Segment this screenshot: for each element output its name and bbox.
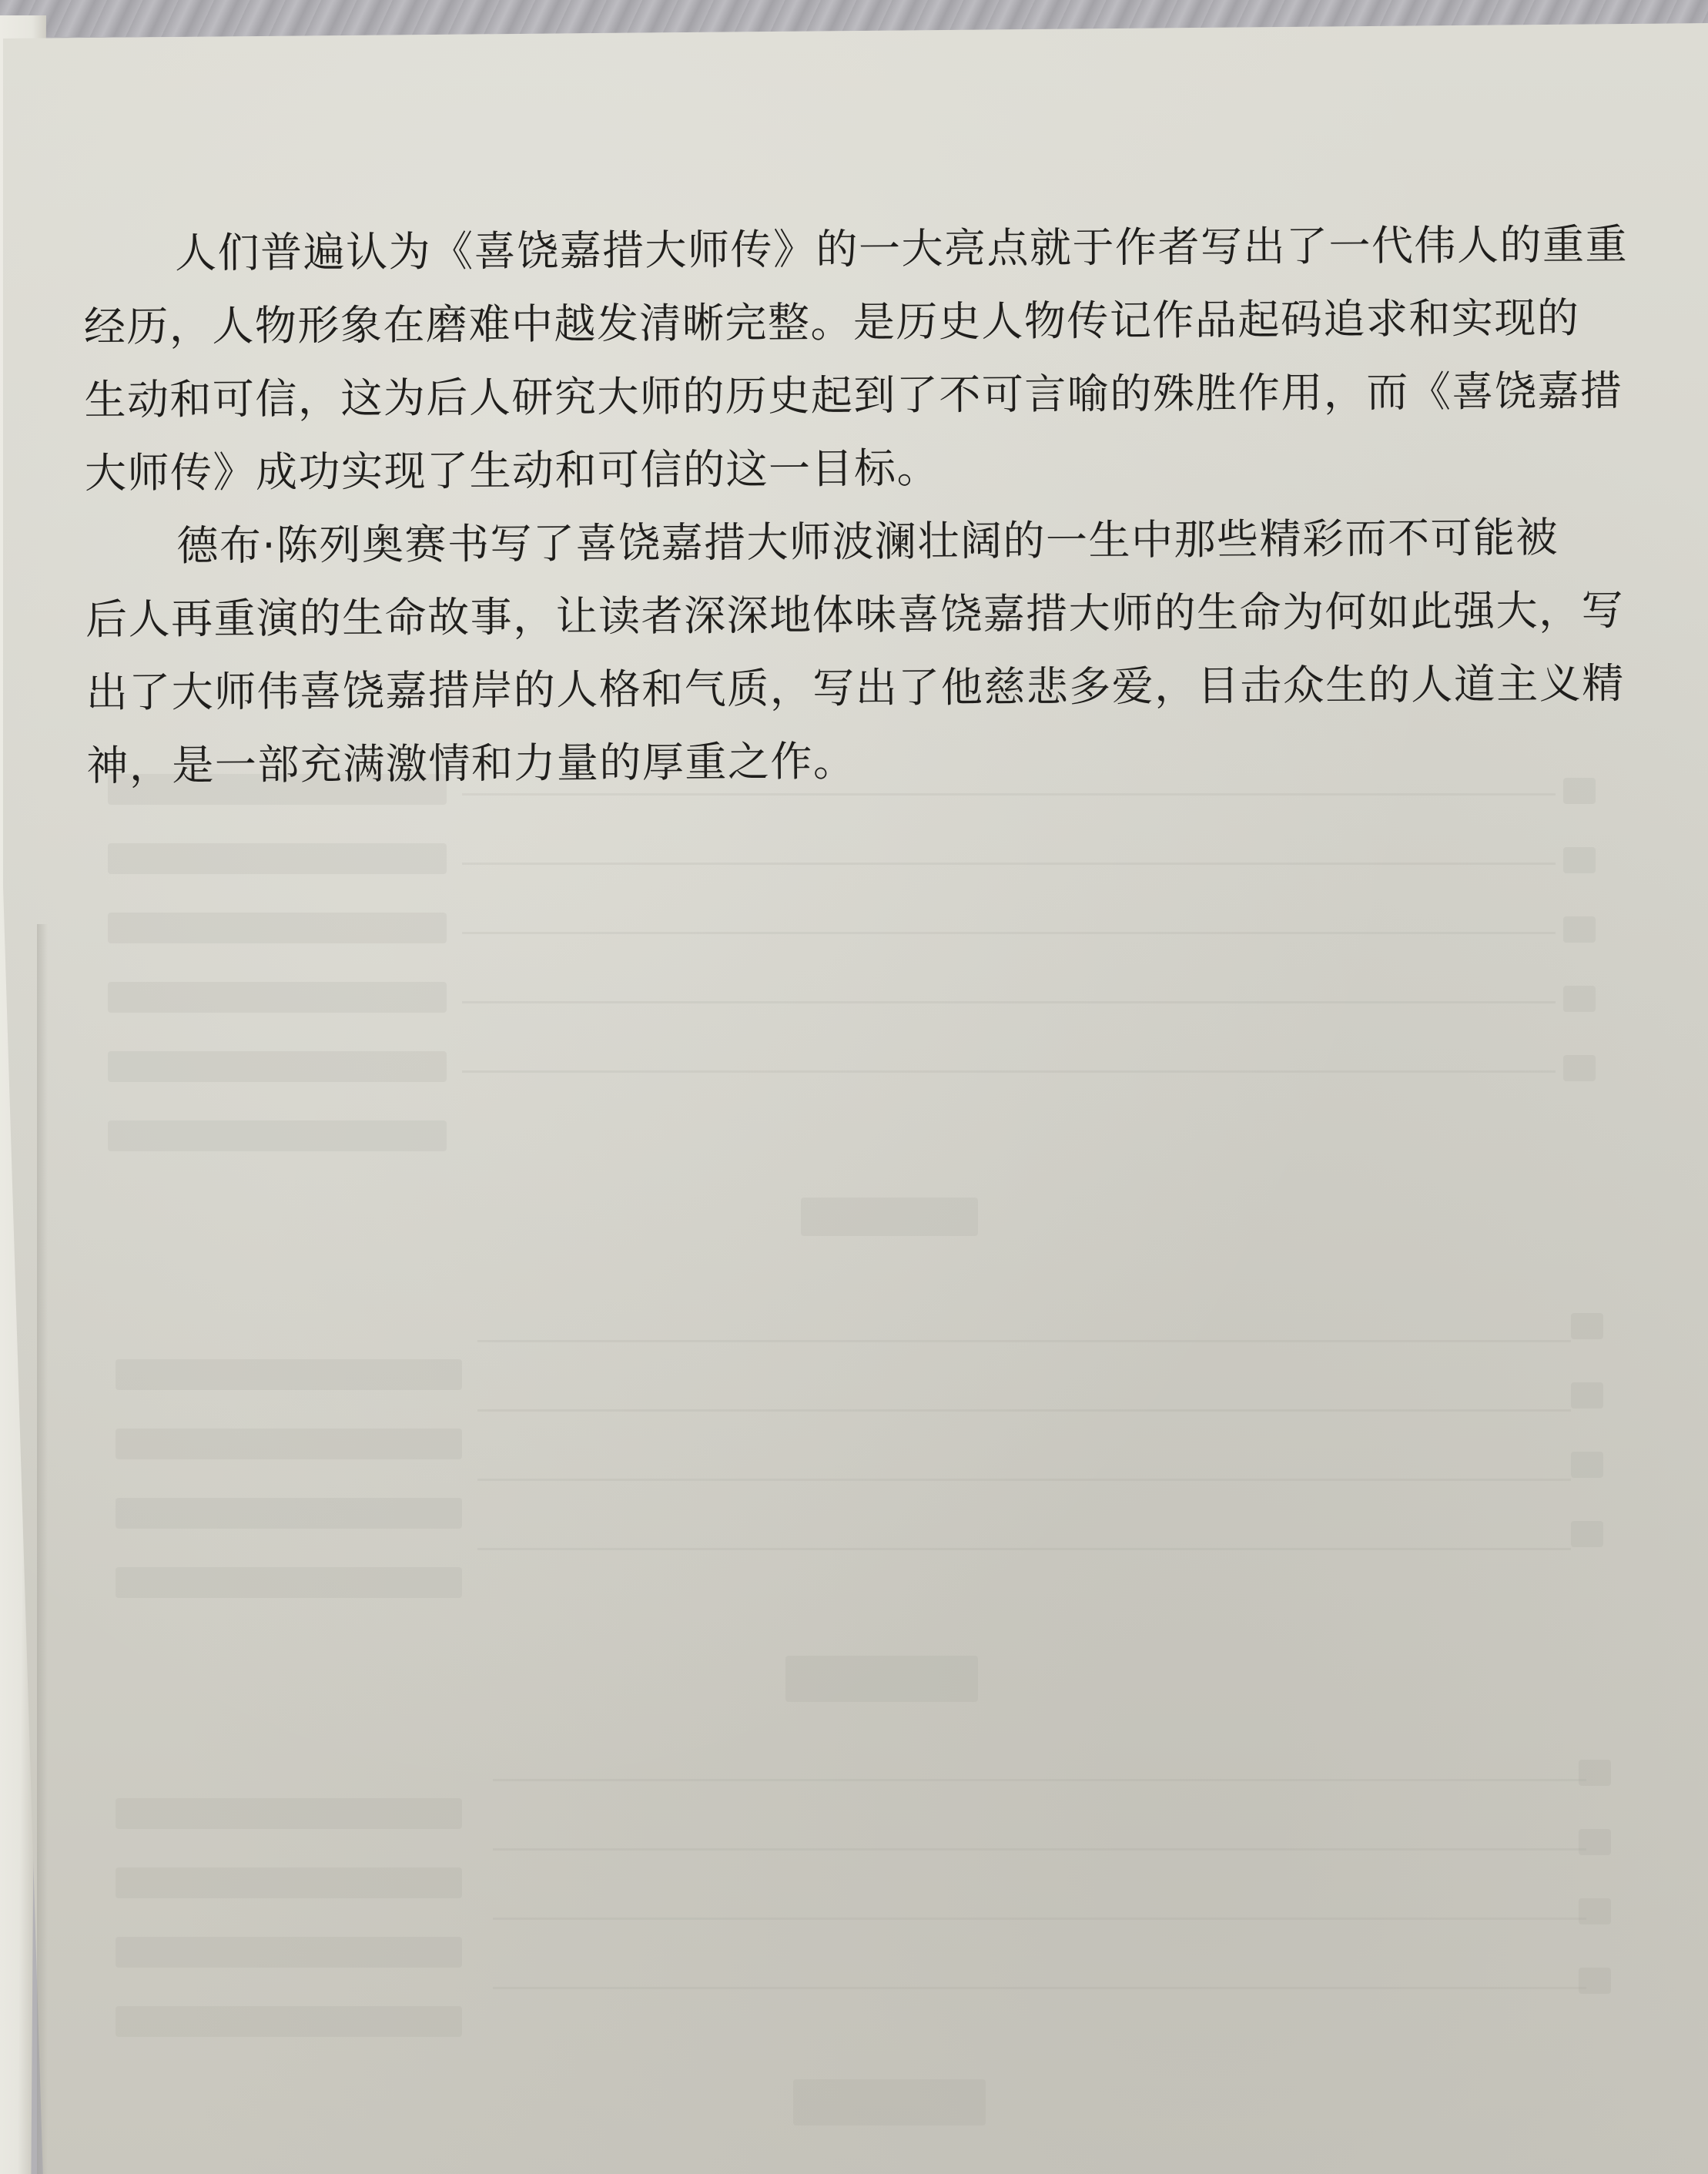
bleed-page-number [1571, 1313, 1603, 1339]
bleed-dotted-rule [462, 1070, 1556, 1073]
text-line: 人们普遍认为《喜饶嘉措大师传》的一大亮点就于作者写出了一代伟人的重重 [83, 208, 1593, 290]
bleed-page-number [1571, 1382, 1603, 1409]
bleed-dotted-rule [493, 1848, 1586, 1851]
text-line: 神，是一部充满激情和力量的厚重之作。 [86, 720, 1596, 802]
book-photo: 人们普遍认为《喜饶嘉措大师传》的一大亮点就于作者写出了一代伟人的重重 经历，人物… [0, 0, 1708, 2174]
bleed-page-number [1579, 1829, 1611, 1855]
bleed-row [116, 1359, 462, 1390]
body-text: 人们普遍认为《喜饶嘉措大师传》的一大亮点就于作者写出了一代伟人的重重 经历，人物… [83, 208, 1596, 802]
bleed-dotted-rule [477, 1409, 1571, 1412]
bleed-row [116, 1937, 462, 1968]
bleed-dotted-rule [493, 1918, 1586, 1920]
bleed-dotted-rule [477, 1479, 1571, 1481]
bleed-dotted-rule [462, 932, 1556, 934]
bleed-page-number [1579, 1968, 1611, 1994]
text-line: 后人再重演的生命故事，让读者深深地体味喜饶嘉措大师的生命为何如此强大，写 [85, 574, 1596, 656]
bleed-page-number [1579, 1760, 1611, 1786]
bleed-row [116, 1498, 462, 1529]
bleed-page-number [1563, 1055, 1596, 1081]
bleed-page-number [1579, 1898, 1611, 1924]
bleed-row [116, 1867, 462, 1898]
bleed-dotted-rule [462, 863, 1556, 865]
paragraph-1: 人们普遍认为《喜饶嘉措大师传》的一大亮点就于作者写出了一代伟人的重重 [83, 208, 1593, 290]
bleed-row [116, 2006, 462, 2037]
bleed-row [108, 1051, 447, 1082]
bleed-dotted-rule [493, 1987, 1586, 1989]
bleed-dotted-rule [493, 1779, 1586, 1781]
bleed-row [108, 1120, 447, 1151]
bleed-page-number [1571, 1452, 1603, 1478]
bleed-page-number [1563, 847, 1596, 873]
text-line: 大师传》成功实现了生动和可信的这一目标。 [85, 427, 1595, 510]
bleed-row [108, 982, 447, 1013]
bleed-row [116, 1798, 462, 1829]
bleed-row [108, 913, 447, 943]
bleed-dotted-rule [477, 1340, 1571, 1342]
paragraph-2: 德布·陈列奥赛书写了喜饶嘉措大师波澜壮阔的一生中那些精彩而不可能被 [85, 501, 1595, 583]
text-line: 德布·陈列奥赛书写了喜饶嘉措大师波澜壮阔的一生中那些精彩而不可能被 [85, 501, 1595, 583]
bleed-page-number [1571, 1521, 1603, 1547]
bleed-page-number [1563, 986, 1596, 1012]
text-line: 出了大师伟喜饶嘉措岸的人格和气质，写出了他慈悲多爱，目击众生的人道主义精 [85, 647, 1596, 729]
bleed-row [116, 1429, 462, 1459]
bleed-page-number [1563, 916, 1596, 943]
text-line: 经历，人物形象在磨难中越发清晰完整。是历史人物传记作品起码追求和实现的 [84, 281, 1594, 363]
bleed-row [116, 1567, 462, 1598]
bleed-dotted-rule [477, 1548, 1571, 1550]
bleed-heading [785, 1656, 978, 1702]
bleed-heading [801, 1198, 978, 1236]
bleed-row [108, 843, 447, 874]
text-line: 生动和可信，这为后人研究大师的历史起到了不可言喻的殊胜作用，而《喜饶嘉措 [84, 354, 1594, 437]
page-edge-shadow [37, 924, 48, 2174]
bleed-heading [793, 2079, 986, 2125]
bleed-dotted-rule [462, 1001, 1556, 1003]
